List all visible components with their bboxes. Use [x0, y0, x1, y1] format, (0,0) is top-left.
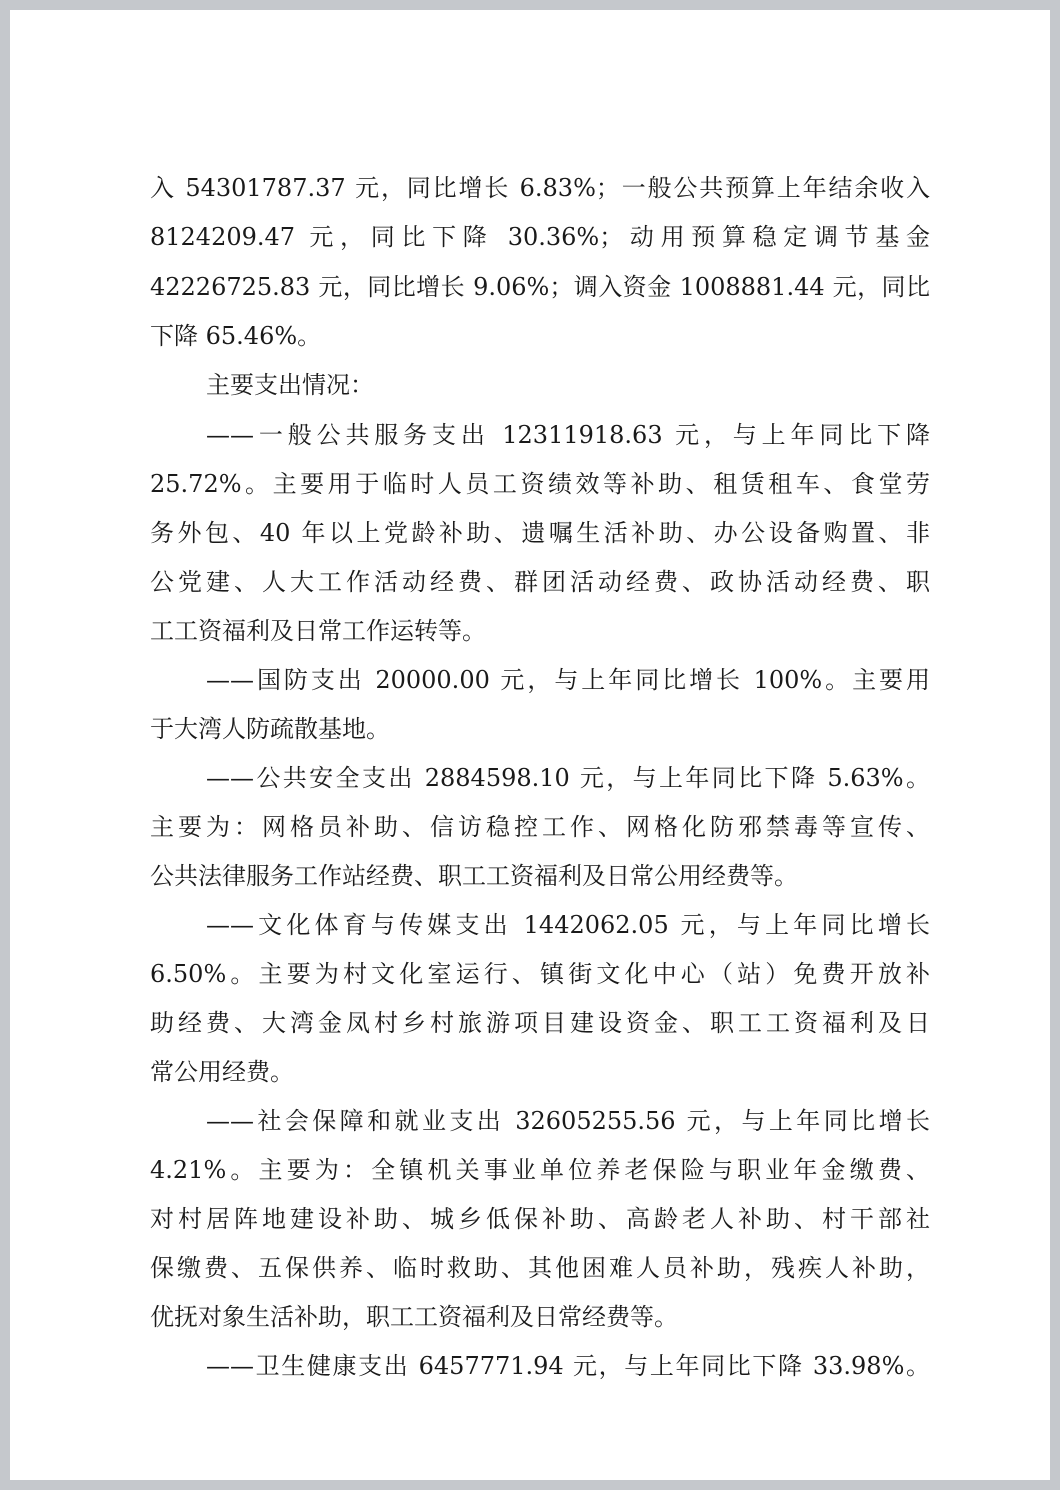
text-line: 于大湾人防疏散基地。: [150, 705, 930, 754]
text-line: 主要为：网格员补助、信访稳控工作、网格化防邪禁毒等宣传、: [150, 803, 930, 852]
text-line: 入 54301787.37 元，同比增长 6.83%；一般公共预算上年结余收入: [150, 164, 930, 213]
text-line: ——社会保障和就业支出 32605255.56 元，与上年同比增长: [206, 1097, 930, 1146]
text-line: 优抚对象生活补助，职工工资福利及日常经费等。: [150, 1293, 930, 1342]
text-line: ——国防支出 20000.00 元，与上年同比增长 100%。主要用: [206, 656, 930, 705]
text-line: 对村居阵地建设补助、城乡低保补助、高龄老人补助、村干部社: [150, 1195, 930, 1244]
text-line: 务外包、40 年以上党龄补助、遗嘱生活补助、办公设备购置、非: [150, 509, 930, 558]
text-line: ——文化体育与传媒支出 1442062.05 元，与上年同比增长: [206, 901, 930, 950]
text-line: 4.21%。主要为：全镇机关事业单位养老保险与职业年金缴费、: [150, 1146, 930, 1195]
text-line: 42226725.83 元，同比增长 9.06%；调入资金 1008881.44…: [150, 263, 930, 312]
text-line: ——卫生健康支出 6457771.94 元，与上年同比下降 33.98%。: [206, 1342, 930, 1391]
document-page: 入 54301787.37 元，同比增长 6.83%；一般公共预算上年结余收入 …: [10, 10, 1050, 1480]
text-line: ——一般公共服务支出 12311918.63 元，与上年同比下降: [206, 411, 930, 460]
text-line: 常公用经费。: [150, 1048, 930, 1097]
text-line: 下降 65.46%。: [150, 312, 930, 361]
text-line: ——公共安全支出 2884598.10 元，与上年同比下降 5.63%。: [206, 754, 930, 803]
text-line: 公党建、人大工作活动经费、群团活动经费、政协活动经费、职: [150, 558, 930, 607]
text-line: 工工资福利及日常工作运转等。: [150, 607, 930, 656]
text-line: 6.50%。主要为村文化室运行、镇街文化中心（站）免费开放补: [150, 950, 930, 999]
text-line: 助经费、大湾金凤村乡村旅游项目建设资金、职工工资福利及日: [150, 999, 930, 1048]
text-line: 公共法律服务工作站经费、职工工资福利及日常公用经费等。: [150, 852, 930, 901]
text-line: 8124209.47 元，同比下降 30.36%；动用预算稳定调节基金: [150, 213, 930, 262]
section-heading: 主要支出情况：: [206, 361, 930, 410]
text-line: 25.72%。主要用于临时人员工资绩效等补助、租赁租车、食堂劳: [150, 460, 930, 509]
text-line: 保缴费、五保供养、临时救助、其他困难人员补助，残疾人补助，: [150, 1244, 930, 1293]
